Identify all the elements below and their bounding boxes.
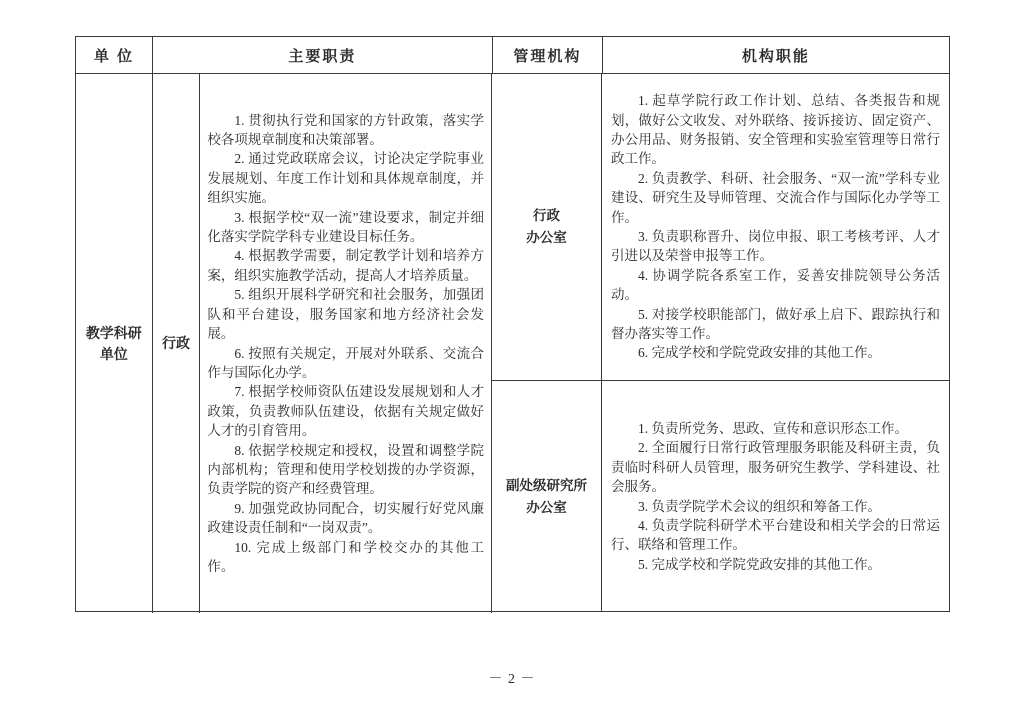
duty-item: 9. 加强党政协同配合，切实履行好党风廉政建设责任制和“一岗双责”。 <box>207 499 484 538</box>
org-name-cell: 副处级研究所 办公室 <box>492 381 602 612</box>
function-item: 1. 负责所党务、思政、宣传和意识形态工作。 <box>611 419 940 438</box>
duty-item: 2. 通过党政联席会议，讨论决定学院事业发展规划、年度工作计划和具体规章制度，并… <box>207 149 484 207</box>
unit-category-label: 行政 <box>162 333 190 354</box>
management-org-section: 行政 办公室 1. 起草学院行政工作计划、总结、各类报告和规划，做好公文收发、对… <box>492 74 949 613</box>
duty-item: 3. 根据学校“双一流”建设要求，制定并细化落实学院学科专业建设目标任务。 <box>207 208 484 247</box>
header-org-functions: 机构职能 <box>603 37 949 73</box>
function-item: 3. 负责学院学术会议的组织和筹备工作。 <box>611 497 940 516</box>
unit-name-cell: 教学科研 单位 <box>76 74 153 613</box>
org-name-line1: 副处级研究所 <box>506 475 587 497</box>
duty-item: 10. 完成上级部门和学校交办的其他工作。 <box>207 538 484 577</box>
function-item: 4. 协调学院各系室工作，妥善安排院领导公务活动。 <box>611 266 940 305</box>
duty-item: 1. 贯彻执行党和国家的方针政策，落实学校各项规章制度和决策部署。 <box>207 111 484 150</box>
org-block-administrative-office: 行政 办公室 1. 起草学院行政工作计划、总结、各类报告和规划，做好公文收发、对… <box>492 74 949 381</box>
function-item: 4. 负责学院科研学术平台建设和相关学会的日常运行、联络和管理工作。 <box>611 516 940 555</box>
function-item: 2. 全面履行日常行政管理服务职能及科研主责，负责临时科研人员管理，服务研究生教… <box>611 438 940 496</box>
org-block-research-institute-office: 副处级研究所 办公室 1. 负责所党务、思政、宣传和意识形态工作。 2. 全面履… <box>492 381 949 612</box>
org-name-line2: 办公室 <box>526 497 567 519</box>
function-item: 6. 完成学校和学院党政安排的其他工作。 <box>611 343 940 362</box>
unit-name-line1: 教学科研 <box>86 323 142 344</box>
function-item: 3. 负责职称晋升、岗位申报、职工考核考评、人才引进以及荣誉申报等工作。 <box>611 227 940 266</box>
duty-item: 5. 组织开展科学研究和社会服务，加强团队和平台建设，服务国家和地方经济社会发展… <box>207 285 484 343</box>
function-item: 2. 负责教学、科研、社会服务、“双一流”学科专业建设、研究生及导师管理、交流合… <box>611 169 940 227</box>
page-number: － 2 － <box>0 668 1024 688</box>
header-management-org: 管理机构 <box>493 37 603 73</box>
org-functions-cell: 1. 负责所党务、思政、宣传和意识形态工作。 2. 全面履行日常行政管理服务职能… <box>602 381 949 612</box>
unit-category-cell: 行政 <box>153 74 201 613</box>
duty-item: 6. 按照有关规定，开展对外联系、交流合作与国际化办学。 <box>207 344 484 383</box>
unit-name-line2: 单位 <box>100 344 128 365</box>
table-body-row: 教学科研 单位 行政 1. 贯彻执行党和国家的方针政策，落实学校各项规章制度和决… <box>76 74 949 613</box>
header-unit: 单 位 <box>76 37 153 73</box>
duty-item: 4. 根据教学需要，制定教学计划和培养方案，组织实施教学活动，提高人才培养质量。 <box>207 246 484 285</box>
function-item: 5. 对接学校职能部门，做好承上启下、跟踪执行和督办落实等工作。 <box>611 305 940 344</box>
duty-item: 8. 依据学校规定和授权，设置和调整学院内部机构；管理和使用学校划拨的办学资源，… <box>207 441 484 499</box>
org-duties-table: 单 位 主要职责 管理机构 机构职能 教学科研 单位 行政 1. 贯彻执行党和国… <box>75 36 950 612</box>
duty-item: 7. 根据学校师资队伍建设发展规划和人才政策，负责教师队伍建设，依据有关规定做好… <box>207 382 484 440</box>
org-functions-cell: 1. 起草学院行政工作计划、总结、各类报告和规划，做好公文收发、对外联络、接诉接… <box>602 74 949 380</box>
org-name-line1: 行政 <box>533 205 560 227</box>
table-header-row: 单 位 主要职责 管理机构 机构职能 <box>76 37 949 74</box>
org-name-line2: 办公室 <box>526 227 567 249</box>
main-duties-cell: 1. 贯彻执行党和国家的方针政策，落实学校各项规章制度和决策部署。 2. 通过党… <box>200 74 492 613</box>
function-item: 1. 起草学院行政工作计划、总结、各类报告和规划，做好公文收发、对外联络、接诉接… <box>611 91 940 169</box>
org-name-cell: 行政 办公室 <box>492 74 602 380</box>
function-item: 5. 完成学校和学院党政安排的其他工作。 <box>611 555 940 574</box>
header-main-duties: 主要职责 <box>153 37 493 73</box>
